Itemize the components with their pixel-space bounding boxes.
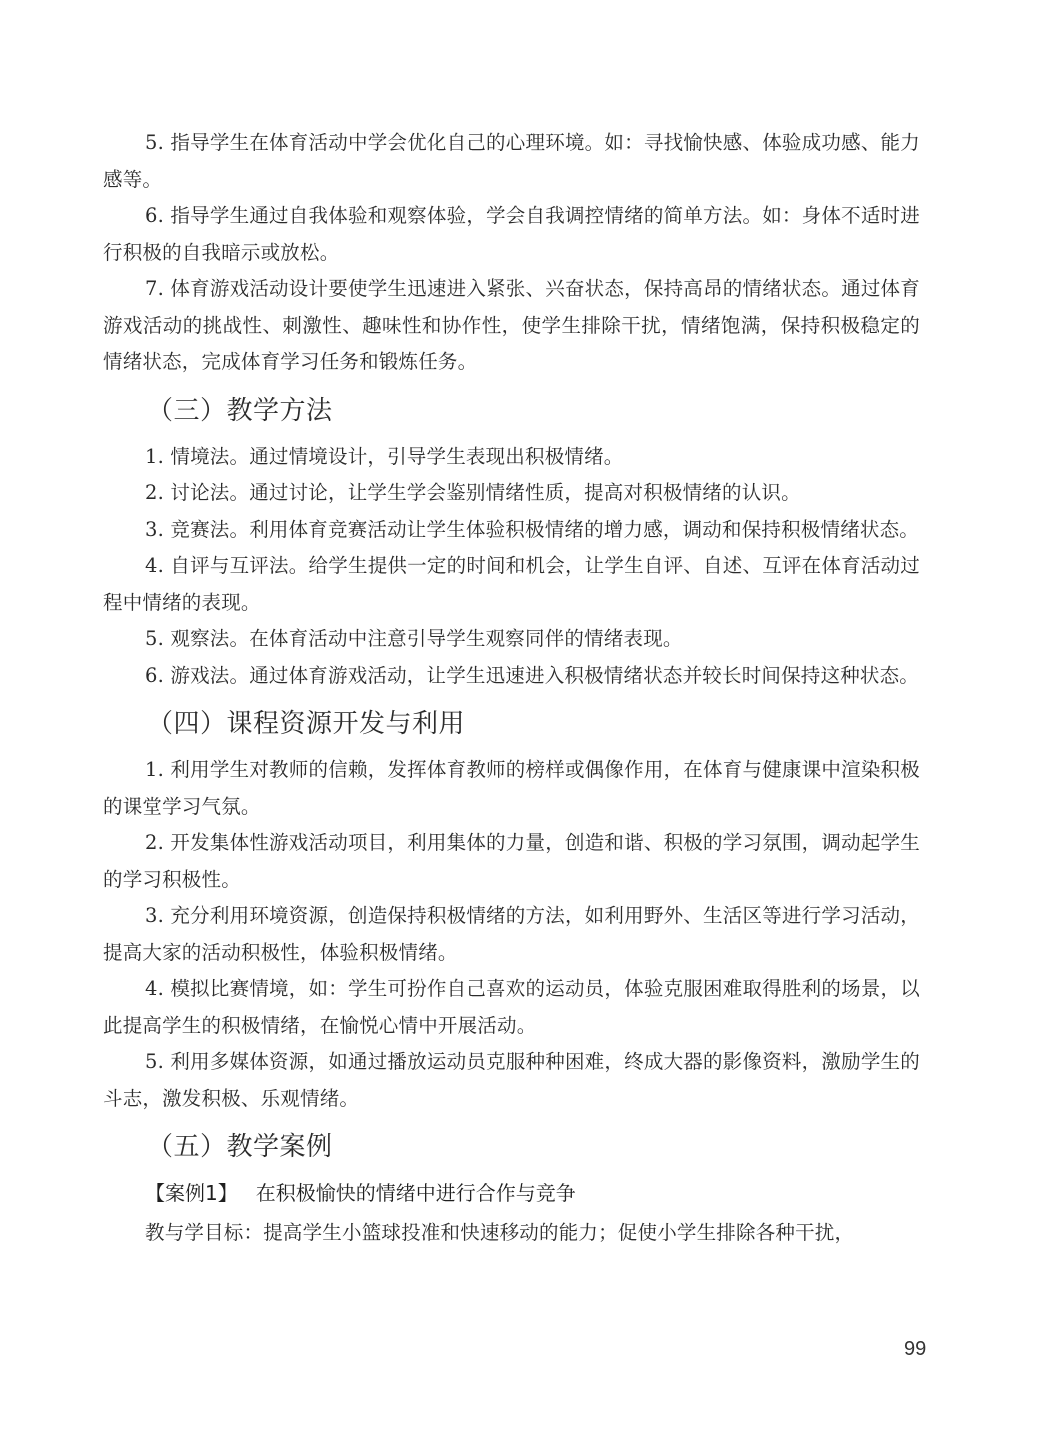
case-title: 【案例1】在积极愉快的情绪中进行合作与竞争: [145, 1175, 920, 1211]
page-number: 99: [904, 1338, 926, 1361]
paragraph: 教与学目标：提高学生小篮球投准和快速移动的能力；促使小学生排除各种干扰，: [103, 1215, 920, 1252]
document-page: 5. 指导学生在体育活动中学会优化自己的心理环境。如：寻找愉快感、体验成功感、能…: [103, 125, 920, 1252]
paragraph: 2. 开发集体性游戏活动项目，利用集体的力量，创造和谐、积极的学习氛围，调动起学…: [103, 825, 920, 898]
case-label: 【案例1】: [145, 1181, 238, 1205]
section-heading: （五）教学案例: [147, 1127, 920, 1167]
paragraph: 5. 利用多媒体资源，如通过播放运动员克服种种困难，终成大器的影像资料，激励学生…: [103, 1044, 920, 1117]
paragraph: 7. 体育游戏活动设计要使学生迅速进入紧张、兴奋状态，保持高昂的情绪状态。通过体…: [103, 271, 920, 381]
paragraph: 1. 利用学生对教师的信赖，发挥体育教师的榜样或偶像作用，在体育与健康课中渲染积…: [103, 752, 920, 825]
paragraph: 5. 指导学生在体育活动中学会优化自己的心理环境。如：寻找愉快感、体验成功感、能…: [103, 125, 920, 198]
paragraph: 1. 情境法。通过情境设计，引导学生表现出积极情绪。: [103, 439, 920, 476]
paragraph: 3. 竞赛法。利用体育竞赛活动让学生体验积极情绪的增力感，调动和保持积极情绪状态…: [103, 512, 920, 549]
paragraph: 6. 指导学生通过自我体验和观察体验，学会自我调控情绪的简单方法。如：身体不适时…: [103, 198, 920, 271]
paragraph: 4. 模拟比赛情境，如：学生可扮作自己喜欢的运动员，体验克服困难取得胜利的场景，…: [103, 971, 920, 1044]
paragraph: 2. 讨论法。通过讨论，让学生学会鉴别情绪性质，提高对积极情绪的认识。: [103, 475, 920, 512]
case-title-text: 在积极愉快的情绪中进行合作与竞争: [256, 1181, 576, 1205]
paragraph: 3. 充分利用环境资源，创造保持积极情绪的方法，如利用野外、生活区等进行学习活动…: [103, 898, 920, 971]
paragraph: 5. 观察法。在体育活动中注意引导学生观察同伴的情绪表现。: [103, 621, 920, 658]
paragraph: 4. 自评与互评法。给学生提供一定的时间和机会，让学生自评、自述、互评在体育活动…: [103, 548, 920, 621]
paragraph: 6. 游戏法。通过体育游戏活动，让学生迅速进入积极情绪状态并较长时间保持这种状态…: [103, 658, 920, 695]
section-heading: （三）教学方法: [147, 391, 920, 431]
section-heading: （四）课程资源开发与利用: [147, 704, 920, 744]
